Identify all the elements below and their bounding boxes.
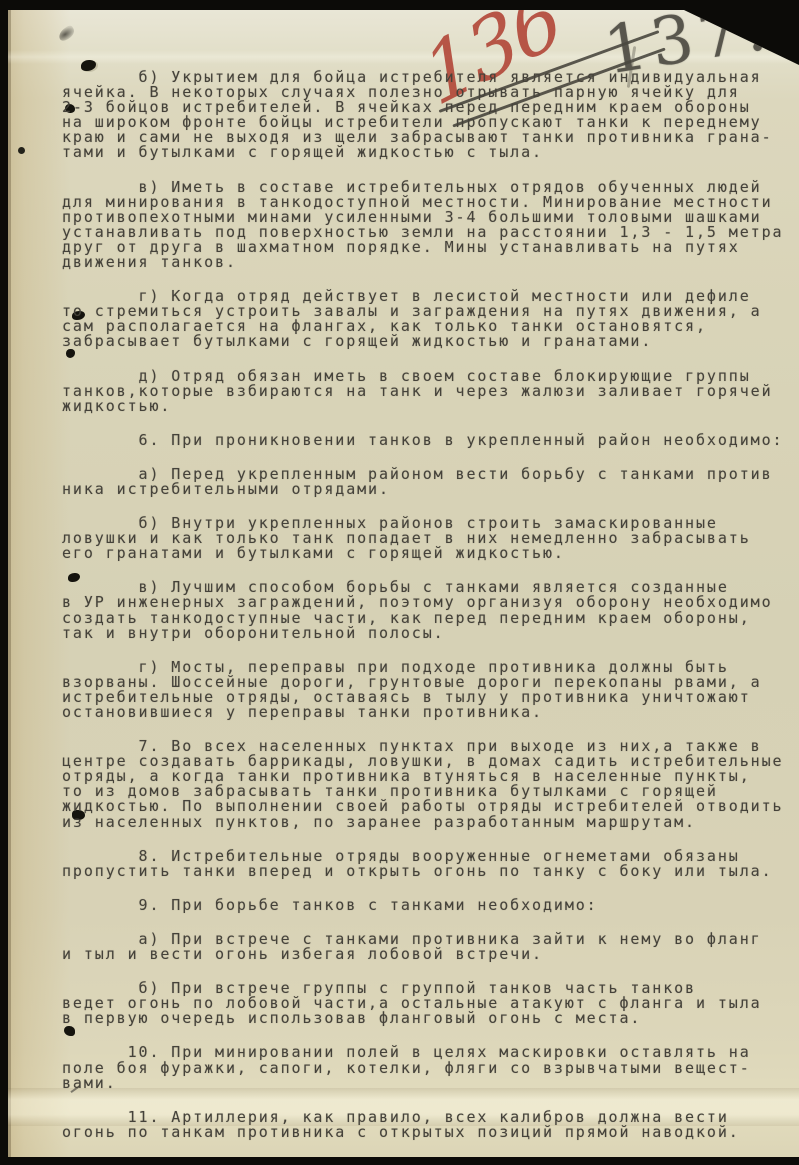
paragraph: в) Лучшим способом борьбы с танками явля… (62, 580, 799, 640)
paragraph: 9. При борьбе танков с танками необходим… (62, 898, 799, 913)
paper-sheet: 136 137. б) Укрытием для бойца истребите… (8, 10, 799, 1157)
paragraph: 11. Артиллерия, как правило, всех калибр… (62, 1110, 799, 1140)
document-text: б) Укрытием для бойца истребителя являет… (62, 70, 799, 1157)
paragraph: г) Мосты, переправы при подходе противни… (62, 660, 799, 720)
paragraph: а) Перед укрепленным районом вести борьб… (62, 467, 799, 497)
paragraph: а) При встрече с танками противника зайт… (62, 932, 799, 962)
paragraph: б) При встрече группы с группой танков ч… (62, 981, 799, 1026)
pencil-smudge (56, 24, 76, 42)
paragraph: б) Укрытием для бойца истребителя являет… (62, 70, 799, 161)
scanned-document: 136 137. б) Укрытием для бойца истребите… (0, 0, 799, 1165)
paragraph: 7. Во всех населенных пунктах при выходе… (62, 739, 799, 830)
paragraph: 8. Истребительные отряды вооруженные огн… (62, 849, 799, 879)
paragraph: г) Когда отряд действует в лесистой мест… (62, 289, 799, 349)
paragraph: в) Иметь в составе истребительных отрядо… (62, 180, 799, 271)
ink-blot (18, 147, 25, 154)
paragraph: 6. При проникновении танков в укрепленны… (62, 433, 799, 448)
paragraph: д) Отряд обязан иметь в своем составе бл… (62, 369, 799, 414)
page-left-edge (8, 10, 11, 1157)
paragraph: 10. При минировании полей в целях маскир… (62, 1045, 799, 1090)
paragraph: б) Внутри укрепленных районов строить за… (62, 516, 799, 561)
